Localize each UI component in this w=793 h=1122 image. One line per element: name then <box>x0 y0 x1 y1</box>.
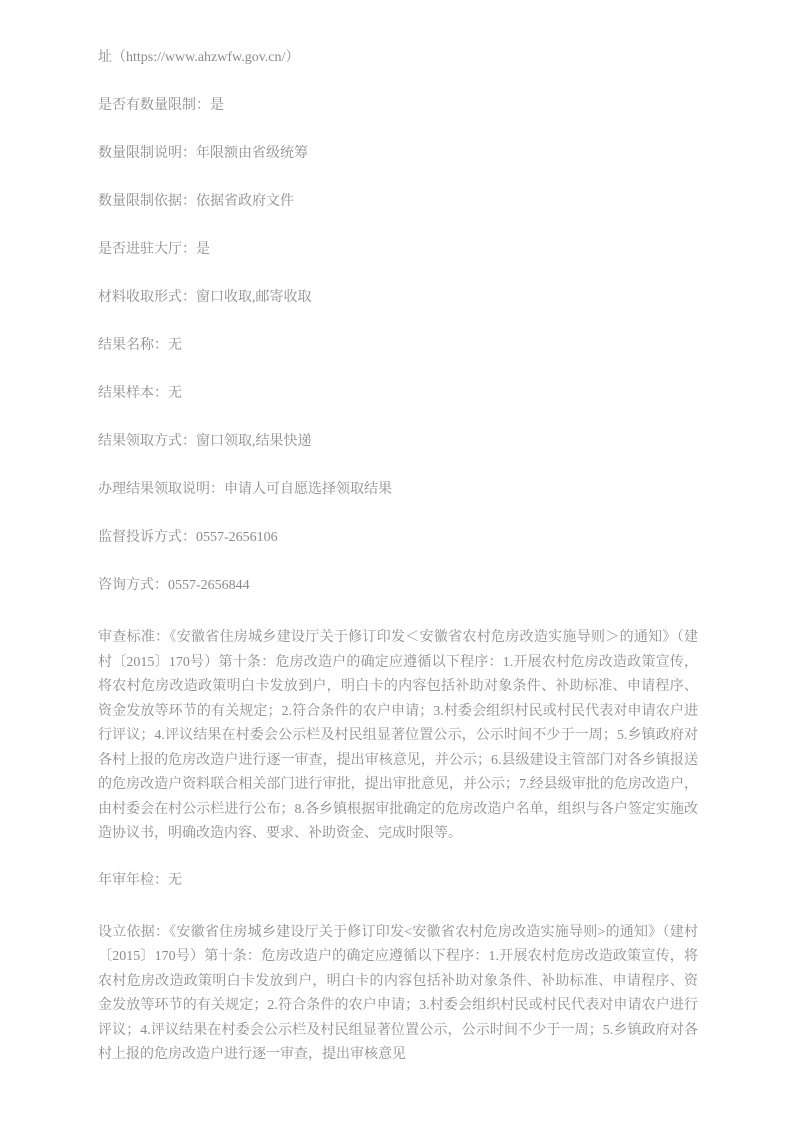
field-quantity-limit: 是否有数量限制：是 <box>98 98 698 114</box>
field-supervision-complaint-phone: 监督投诉方式：0557-2656106 <box>98 530 698 546</box>
field-consultation-phone: 咨询方式：0557-2656844 <box>98 578 698 594</box>
field-result-name: 结果名称：无 <box>98 338 698 354</box>
field-result-sample: 结果样本：无 <box>98 386 698 402</box>
document-content: 址（https://www.ahzwfw.gov.cn/） 是否有数量限制：是 … <box>98 50 698 1068</box>
field-hall-presence: 是否进驻大厅：是 <box>98 242 698 258</box>
paragraph-review-standard: 审查标准：《安徽省住房城乡建设厅关于修订印发＜安徽省农村危房改造实施导则＞的通知… <box>98 626 698 847</box>
field-result-pickup-note: 办理结果领取说明：申请人可自愿选择领取结果 <box>98 482 698 498</box>
continuation-line-website-url: 址（https://www.ahzwfw.gov.cn/） <box>98 50 698 66</box>
field-quantity-limit-basis: 数量限制依据：依据省政府文件 <box>98 194 698 210</box>
field-material-collection-method: 材料收取形式：窗口收取,邮寄收取 <box>98 290 698 306</box>
field-quantity-limit-note: 数量限制说明：年限额由省级统筹 <box>98 146 698 162</box>
field-result-pickup-method: 结果领取方式：窗口领取,结果快递 <box>98 434 698 450</box>
field-annual-inspection: 年审年检：无 <box>98 873 698 889</box>
document-page: 址（https://www.ahzwfw.gov.cn/） 是否有数量限制：是 … <box>0 0 793 1122</box>
paragraph-establishment-basis: 设立依据：《安徽省住房城乡建设厅关于修订印发<安徽省农村危房改造实施导则>的通知… <box>98 921 698 1068</box>
